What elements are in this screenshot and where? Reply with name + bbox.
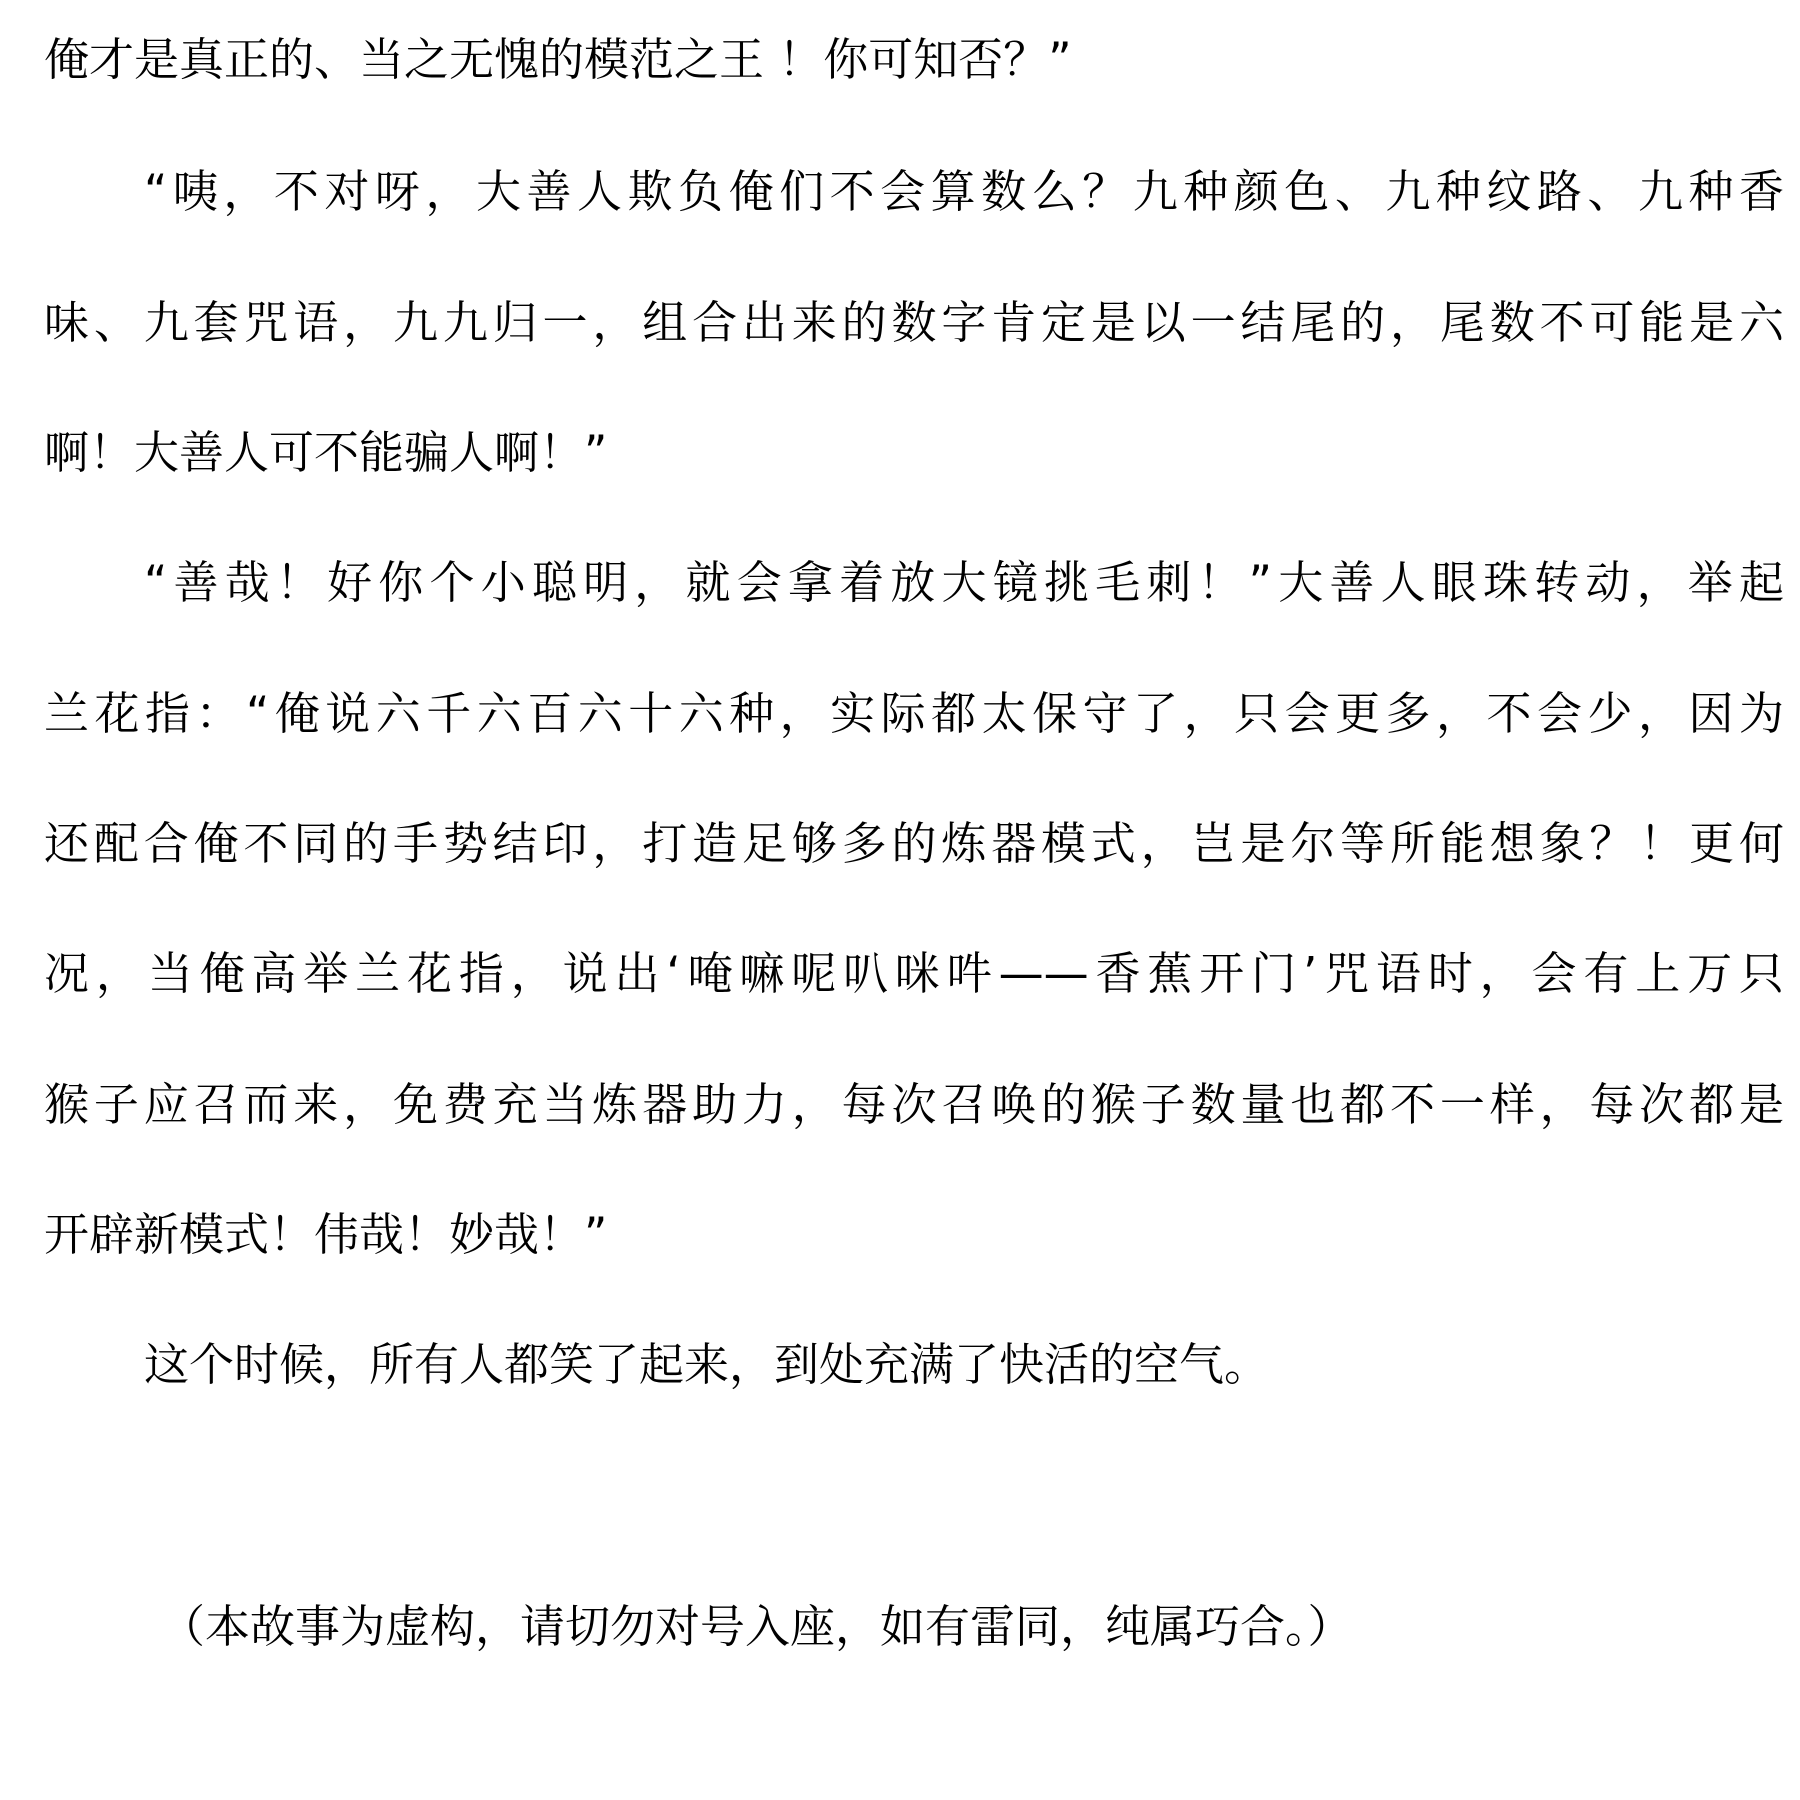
text-line-8: 况，当俺高举兰花指，说出‘唵嘛呢叭咪吽——香蕉开门’咒语时，会有上万只 (44, 944, 1784, 1004)
text-line-7: 还配合俺不同的手势结印，打造足够多的炼器模式，岂是尔等所能想象？！更何 (44, 814, 1784, 874)
text-line-6: 兰花指：“俺说六千六百六十六种，实际都太保守了，只会更多，不会少，因为 (44, 684, 1784, 744)
document-page: 俺才是真正的、当之无愧的模范之王 ！你可知否？” “咦，不对呀，大善人欺负俺们不… (0, 0, 1800, 1800)
text-line-11: 这个时候，所有人都笑了起来，到处充满了快活的空气。 (144, 1335, 1784, 1395)
text-line-5: “善哉！好你个小聪明，就会拿着放大镜挑毛刺！”大善人眼珠转动，举起 (144, 553, 1784, 613)
text-line-10: 开辟新模式！伟哉！妙哉！” (44, 1205, 1784, 1265)
text-line-4: 啊！大善人可不能骗人啊！” (44, 423, 1784, 483)
disclaimer-line: （本故事为虚构，请切勿对号入座，如有雷同，纯属巧合。） (160, 1597, 1800, 1657)
text-line-1: 俺才是真正的、当之无愧的模范之王 ！你可知否？” (44, 30, 1784, 90)
text-line-2: “咦，不对呀，大善人欺负俺们不会算数么？九种颜色、九种纹路、九种香 (144, 162, 1784, 222)
text-line-9: 猴子应召而来，免费充当炼器助力，每次召唤的猴子数量也都不一样，每次都是 (44, 1075, 1784, 1135)
text-line-3: 味、九套咒语，九九归一，组合出来的数字肯定是以一结尾的，尾数不可能是六 (44, 293, 1784, 353)
